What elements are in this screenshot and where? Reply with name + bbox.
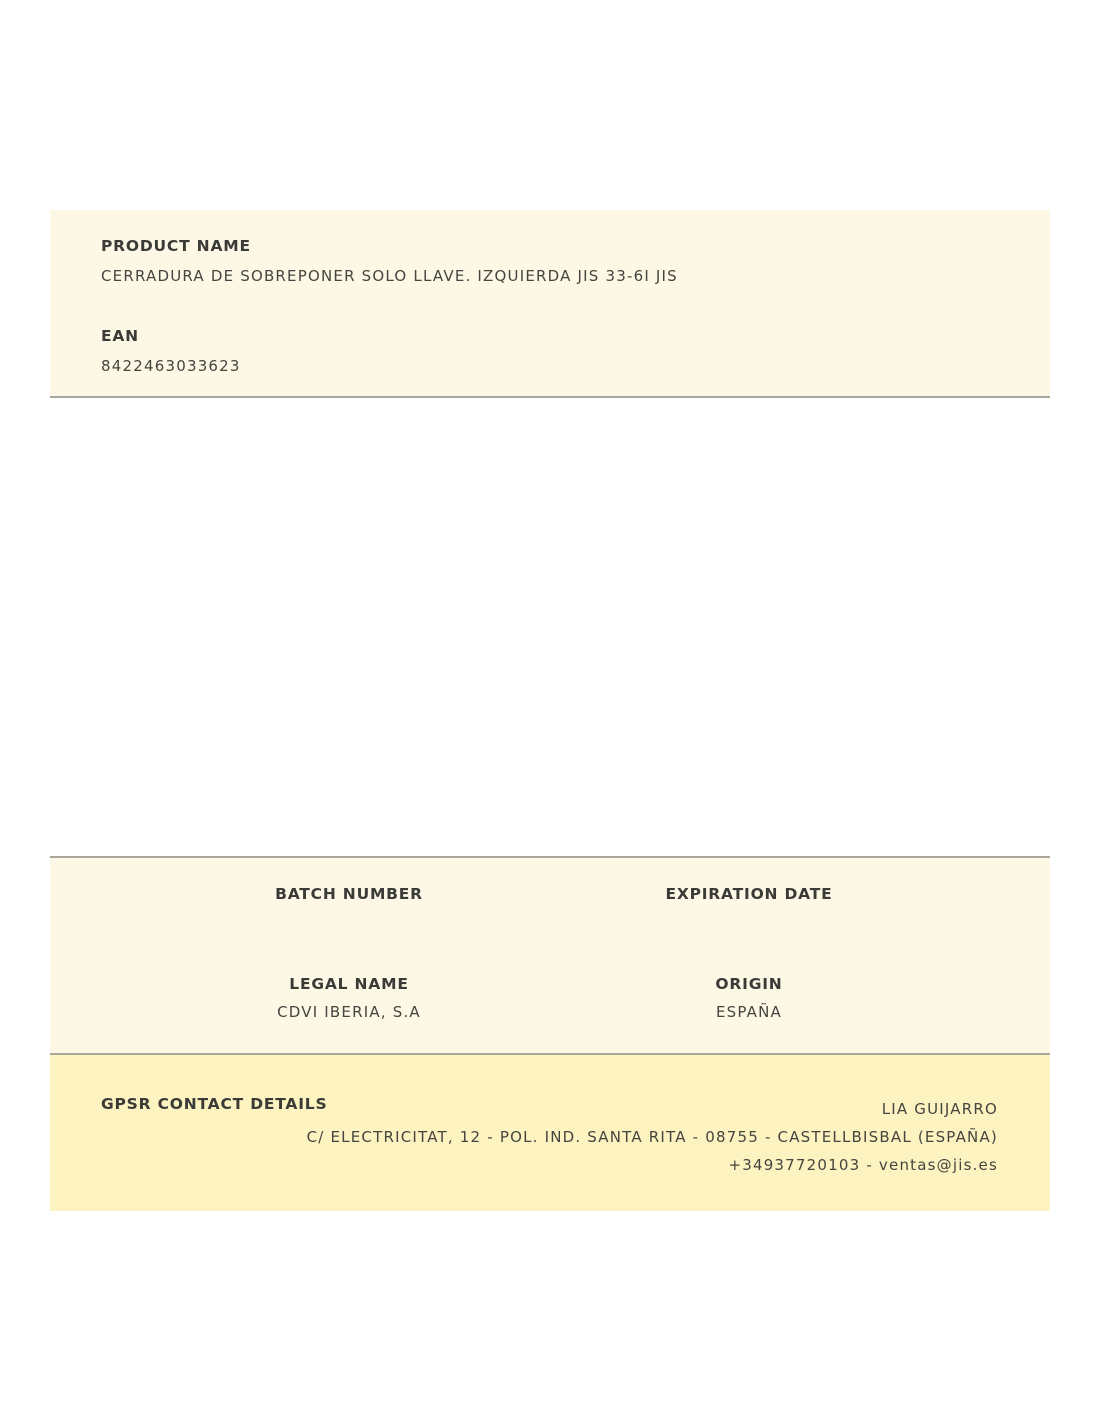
legal-name-cell: LEGAL NAME CDVI IBERIA, S.A (199, 975, 499, 1021)
origin-value: ESPAÑA (599, 1003, 899, 1021)
product-info-section: PRODUCT NAME CERRADURA DE SOBREPONER SOL… (50, 210, 1050, 398)
gpsr-contact-section: GPSR CONTACT DETAILS LIA GUIJARRO C/ ELE… (50, 1055, 1050, 1211)
product-meta-section: BATCH NUMBER EXPIRATION DATE LEGAL NAME … (50, 856, 1050, 1055)
expiration-date-label: EXPIRATION DATE (599, 885, 899, 903)
batch-number-label: BATCH NUMBER (199, 885, 499, 903)
ean-label: EAN (101, 327, 139, 345)
contact-phone-email: +34937720103 - ventas@jis.es (307, 1151, 998, 1179)
legal-name-value: CDVI IBERIA, S.A (199, 1003, 499, 1021)
gpsr-contact-label: GPSR CONTACT DETAILS (101, 1095, 327, 1113)
contact-address: C/ ELECTRICITAT, 12 - POL. IND. SANTA RI… (307, 1123, 998, 1151)
product-name-value: CERRADURA DE SOBREPONER SOLO LLAVE. IZQU… (101, 267, 678, 285)
ean-value: 8422463033623 (101, 357, 241, 375)
legal-name-label: LEGAL NAME (199, 975, 499, 993)
origin-label: ORIGIN (599, 975, 899, 993)
batch-number-cell: BATCH NUMBER (199, 885, 499, 913)
contact-name: LIA GUIJARRO (307, 1095, 998, 1123)
origin-cell: ORIGIN ESPAÑA (599, 975, 899, 1021)
expiration-date-cell: EXPIRATION DATE (599, 885, 899, 913)
product-name-label: PRODUCT NAME (101, 237, 251, 255)
contact-details: LIA GUIJARRO C/ ELECTRICITAT, 12 - POL. … (307, 1095, 998, 1179)
